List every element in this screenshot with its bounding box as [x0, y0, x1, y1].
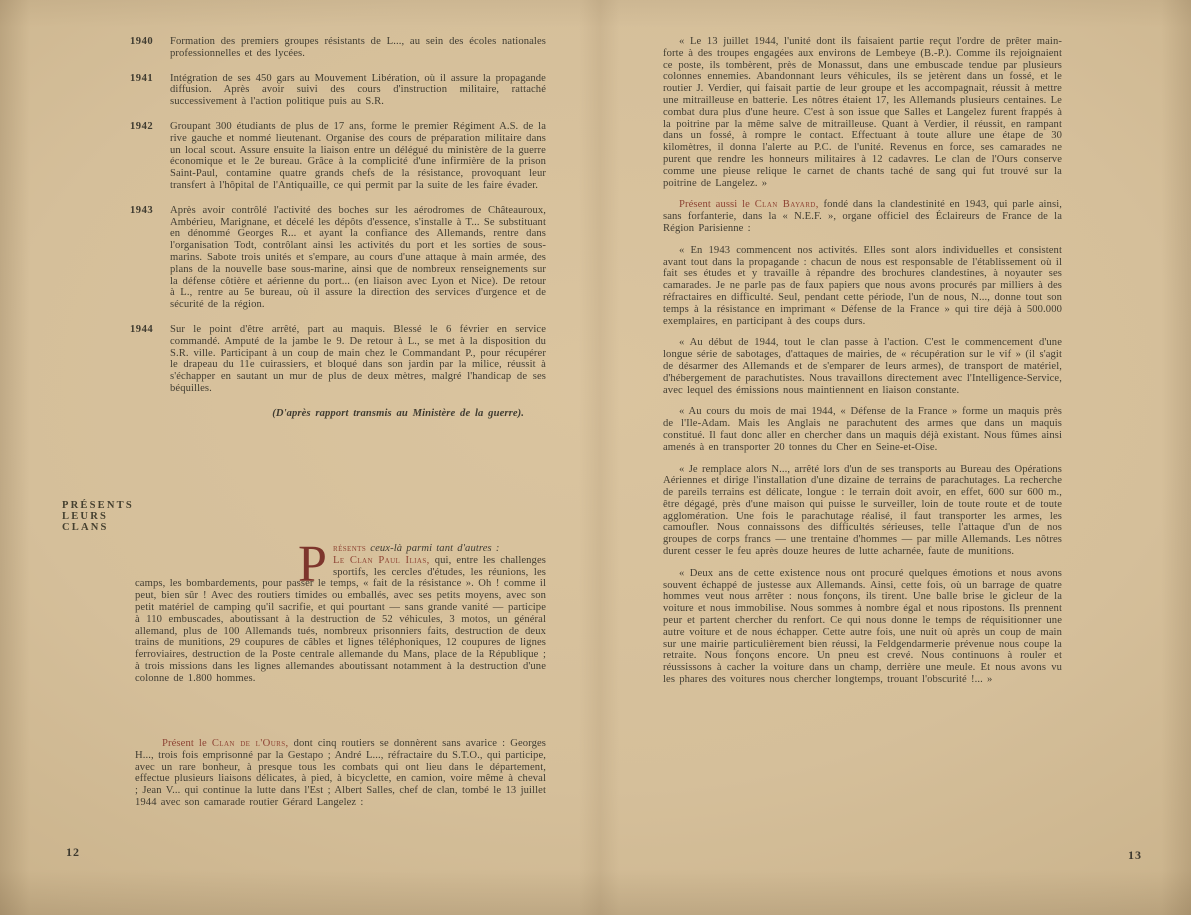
report-attribution: (D'après rapport transmis au Ministère d… — [130, 408, 546, 420]
timeline-text: Formation des premiers groupes résistant… — [170, 36, 546, 60]
clan-ours-name: Clan de l'Ours, — [212, 738, 289, 749]
clan-ours-paragraph: Présent le Clan de l'Ours, dont cinq rou… — [135, 738, 546, 809]
clan-bayard-paragraph: Présent aussi le Clan Bayard, fondé dans… — [663, 199, 1062, 234]
timeline-year: 1944 — [130, 324, 170, 395]
clan-bayard-lead: Présent aussi le — [679, 199, 755, 210]
page-number-right: 13 — [1128, 848, 1142, 863]
quote-mai-1944-paragraph: « Au cours du mois de mai 1944, « Défens… — [663, 406, 1062, 453]
opening-body: qui, entre les challenges sportifs, les … — [135, 555, 546, 684]
quote-1943-paragraph: « En 1943 commencent nos activités. Elle… — [663, 245, 1062, 328]
timeline-entry-1940: 1940 Formation des premiers groupes rési… — [130, 36, 546, 60]
section-heading: PRÉSENTS LEURS CLANS — [62, 500, 134, 533]
timeline: 1940 Formation des premiers groupes rési… — [130, 36, 546, 420]
quote-13-juillet-paragraph: « Le 13 juillet 1944, l'unité dont ils f… — [663, 36, 1062, 189]
timeline-text: Groupant 300 étudiants de plus de 17 ans… — [170, 121, 546, 192]
opening-intro: ceux-là parmi tant d'autres : — [366, 543, 499, 554]
timeline-year: 1941 — [130, 73, 170, 108]
page-number-left: 12 — [66, 845, 80, 860]
timeline-entry-1942: 1942 Groupant 300 étudiants de plus de 1… — [130, 121, 546, 192]
quote-debut-1944-paragraph: « Au début de 1944, tout le clan passe à… — [663, 337, 1062, 396]
opening-lead: résents — [333, 543, 366, 554]
timeline-text: Sur le point d'être arrêté, part au maqu… — [170, 324, 546, 395]
dropcap-letter-p: P — [298, 543, 324, 578]
timeline-text: Après avoir contrôlé l'activité des boch… — [170, 205, 546, 311]
clan-ours-lead: Présent le — [162, 738, 212, 749]
clan-paul-ilias-name: Le Clan Paul Ilias, — [333, 555, 430, 566]
book-spread: 1940 Formation des premiers groupes rési… — [0, 0, 1191, 915]
quote-remplace-paragraph: « Je remplace alors N..., arrêté lors d'… — [663, 464, 1062, 558]
quote-deux-ans-paragraph: « Deux ans de cette existence nous ont p… — [663, 568, 1062, 686]
opening-paragraph: Présents ceux-là parmi tant d'autres :Le… — [135, 543, 546, 685]
timeline-year: 1942 — [130, 121, 170, 192]
timeline-year: 1943 — [130, 205, 170, 311]
timeline-year: 1940 — [130, 36, 170, 60]
clan-bayard-name: Clan Bayard, — [755, 199, 819, 210]
timeline-entry-1943: 1943 Après avoir contrôlé l'activité des… — [130, 205, 546, 311]
timeline-text: Intégration de ses 450 gars au Mouvement… — [170, 73, 546, 108]
timeline-entry-1941: 1941 Intégration de ses 450 gars au Mouv… — [130, 73, 546, 108]
right-column: « Le 13 juillet 1944, l'unité dont ils f… — [663, 36, 1062, 696]
timeline-entry-1944: 1944 Sur le point d'être arrêté, part au… — [130, 324, 546, 395]
